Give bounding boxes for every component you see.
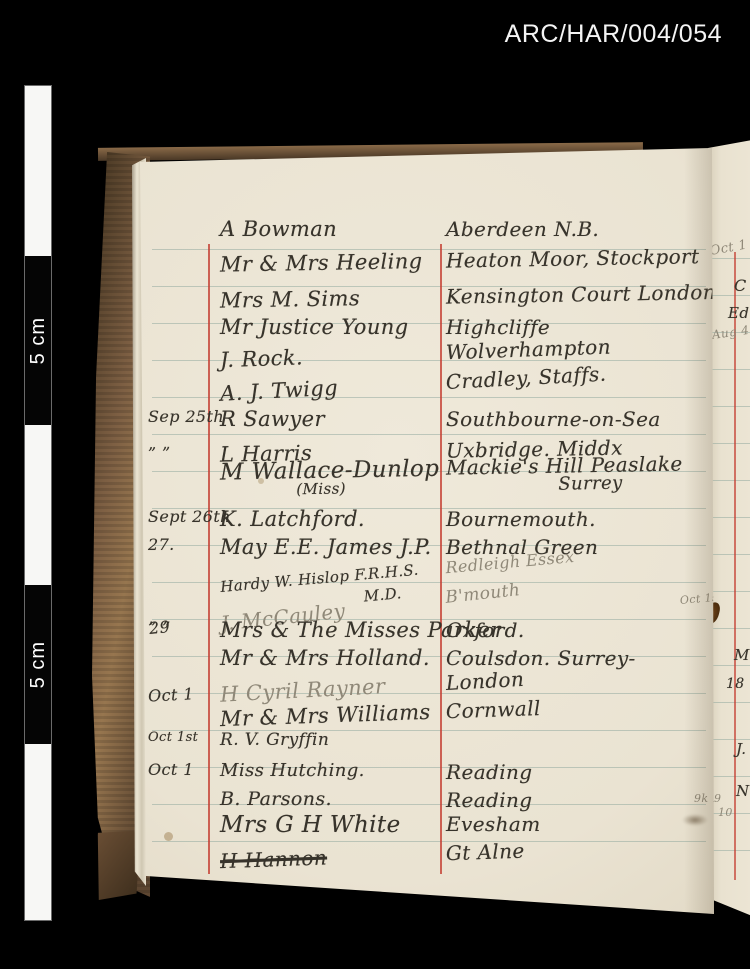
scale-segment-white	[25, 86, 51, 256]
next-page-fragment: 18	[726, 676, 745, 692]
entry-name: Mrs M. Sims	[220, 286, 360, 312]
scale-label: 5 cm	[27, 317, 50, 364]
scale-segment-black: 5 cm	[25, 256, 51, 426]
visitor-book: Oct 1CEd.Aug 4M18J.N910 A BowmanAberdeen…	[92, 140, 750, 920]
entry-name: R Sawyer	[220, 407, 325, 431]
scale-segment-white	[25, 744, 51, 920]
entry-place: Heaton Moor, Stockport	[446, 244, 700, 272]
entry-date: Sept 26th	[148, 507, 231, 526]
entry-name: Mrs G H White	[220, 812, 401, 838]
entry-name-sub: (Miss)	[296, 479, 346, 498]
entry-name: H Hannon	[220, 845, 328, 873]
entry-date: Oct 1	[148, 760, 194, 779]
scale-bar: 5 cm 5 cm	[24, 85, 52, 921]
photo-stage: ARC/HAR/004/054 5 cm 5 cm Oct 1CEd.Aug 4…	[0, 0, 750, 969]
entry-place: Kensington Court London	[446, 280, 716, 309]
entry-name: B. Parsons.	[220, 788, 332, 810]
register-page: A BowmanAberdeen N.B.Mr & Mrs HeelingHea…	[138, 146, 714, 918]
entry-row: Oct 1Miss Hutching.Reading	[138, 760, 714, 788]
entry-name: Mr Justice Young	[220, 315, 409, 339]
entry-place: Bournemouth.	[446, 507, 596, 531]
next-page-fragment: Oct 1	[709, 238, 749, 259]
entry-place: Gt Alne	[445, 839, 525, 866]
scale-label: 5 cm	[27, 641, 50, 688]
entry-name: Miss Hutching.	[220, 760, 365, 781]
foxing-spot	[258, 478, 264, 484]
scale-segment-black: 5 cm	[25, 585, 51, 745]
entry-date: Oct 1	[148, 684, 195, 705]
entry-row: A BowmanAberdeen N.B.	[138, 217, 714, 245]
entry-name: K. Latchford.	[220, 507, 365, 531]
next-page-fragment: C	[734, 276, 747, 295]
next-page-edge: Oct 1CEd.Aug 4M18J.N910	[708, 140, 750, 918]
entry-date: 27.	[148, 535, 175, 554]
entry-place: Oxford.	[446, 618, 525, 642]
entry-name: A. J. Twigg	[220, 376, 339, 406]
entry-name: Mr & Mrs Holland.	[220, 646, 430, 670]
entry-place: Reading	[446, 760, 533, 784]
next-page-fragment: J.	[736, 740, 746, 758]
entry-row: Oct 1stR. V. Gryffin	[138, 730, 714, 758]
entry-name: J. Rock.	[220, 345, 304, 372]
entry-place: Evesham	[446, 812, 541, 836]
next-page-fragment: N	[736, 782, 750, 800]
entry-row: Mrs M. SimsKensington Court London	[138, 280, 714, 318]
entry-place: Highcliffe	[446, 315, 550, 339]
entry-date: ” ”	[148, 618, 171, 637]
entry-date: Oct 1st	[148, 730, 198, 745]
entry-date: Sep 25th	[148, 407, 224, 426]
entry-row: Sept 26thK. Latchford.Bournemouth.	[138, 507, 714, 535]
entry-row: Mr & Mrs HeelingHeaton Moor, Stockport	[138, 244, 714, 282]
entry-name: A Bowman	[220, 217, 337, 241]
entry-place: Cornwall	[445, 696, 541, 723]
entry-row: Sep 25thR SawyerSouthbourne-on-Sea	[138, 407, 714, 435]
entry-row: ” ”Mrs & The Misses ParkerOxford.	[138, 618, 714, 646]
entry-place-sub: Surrey	[558, 473, 623, 495]
entry-place: Aberdeen N.B.	[446, 217, 599, 241]
page-gutter-shadow	[684, 146, 714, 918]
register-rows: A BowmanAberdeen N.B.Mr & Mrs HeelingHea…	[138, 146, 714, 918]
archive-reference: ARC/HAR/004/054	[505, 20, 722, 49]
scale-segment-white	[25, 425, 51, 585]
entry-name: May E.E. James J.P.	[220, 535, 432, 559]
foxing-spot	[164, 832, 173, 841]
entry-name: Mr & Mrs Heeling	[220, 249, 423, 277]
next-page-fragment: 9	[714, 792, 721, 805]
next-page-fragment: Ed.	[728, 304, 750, 322]
entry-place: Southbourne-on-Sea	[446, 407, 661, 431]
entry-place: London	[445, 667, 524, 695]
entry-place: Wolverhampton	[445, 335, 611, 365]
entry-name: R. V. Gryffin	[220, 730, 329, 750]
next-page-fragment: 10	[718, 806, 733, 819]
entry-place: Reading	[446, 788, 533, 812]
next-page-fragment: M	[734, 646, 750, 664]
